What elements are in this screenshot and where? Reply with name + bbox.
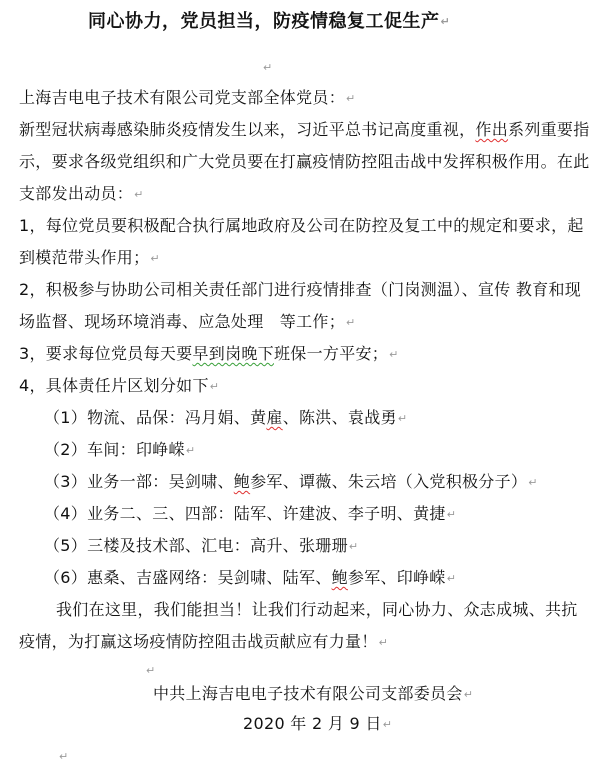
item-2-line-2: 场监督、现场环境消毒、应急处理 等工作；↵ xyxy=(19,312,356,333)
zone-text: （5）三楼及技术部、汇电：高升、张珊珊 xyxy=(44,536,348,555)
signature-org-text: 中共上海吉电电子技术有限公司支部委员会 xyxy=(153,684,463,703)
paragraph-mark-icon: ↵ xyxy=(441,15,451,28)
grammar-flagged-phrase[interactable]: 早到岗晚下 xyxy=(192,344,274,363)
paragraph-mark-icon: ↵ xyxy=(263,61,273,74)
item-text: 3，要求每位党员每天要 xyxy=(19,344,192,363)
paragraph-mark-icon: ↵ xyxy=(59,750,69,760)
item-text: 1，每位党员要积极配合执行属地政府及公司在防控及复工中的规定和要求，起 xyxy=(19,216,584,235)
paragraph-mark-icon: ↵ xyxy=(383,718,393,731)
closing-text: 疫情，为打赢这场疫情防控阻击战贡献应有力量！ xyxy=(19,632,378,651)
item-text: 班保一方平安； xyxy=(274,344,388,363)
paragraph-mark-icon: ↵ xyxy=(346,92,356,105)
empty-paragraph: ↵ xyxy=(262,57,273,78)
zone-text: （2）车间：印峥嵘 xyxy=(44,440,185,459)
signature-date: 2020 年 2 月 9 日↵ xyxy=(243,714,392,735)
spelling-flagged-word[interactable]: 鲍 xyxy=(332,568,348,587)
intro-line-2: 示，要求各级党组织和广大党员要在打赢疫情防控阻击战中发挥积极作用。在此 xyxy=(19,152,590,172)
paragraph-mark-icon: ↵ xyxy=(464,688,474,701)
zone-6: （6）惠桑、吉盛网络：吴剑啸、陆军、鲍参军、印峥嵘↵ xyxy=(44,568,456,589)
paragraph-mark-icon: ↵ xyxy=(146,664,156,677)
zone-text: 、陈洪、袁战勇 xyxy=(283,408,397,427)
paragraph-mark-icon: ↵ xyxy=(150,252,160,265)
zone-text: （1）物流、品保：冯月娟、黄 xyxy=(44,408,266,427)
item-text: 4，具体责任片区划分如下 xyxy=(19,376,209,395)
zone-4: （4）业务二、三、四部：陆军、许建波、李子明、黄捷↵ xyxy=(44,504,456,525)
item-4: 4，具体责任片区划分如下↵ xyxy=(19,376,219,397)
zone-text: 参军、谭薇、朱云培（入党积极分子） xyxy=(250,472,527,491)
intro-line-3: 支部发出动员：↵ xyxy=(19,184,144,205)
closing-text: 我们在这里，我们能担当！让我们行动起来，同心协力、众志成城、共抗 xyxy=(56,600,578,619)
intro-text: 系列重要指 xyxy=(508,120,590,139)
item-text: 到模范带头作用； xyxy=(19,248,149,267)
item-3: 3，要求每位党员每天要早到岗晚下班保一方平安；↵ xyxy=(19,344,399,365)
spelling-flagged-word[interactable]: 鲍 xyxy=(234,472,250,491)
item-2-line-1: 2，积极参与协助公司相关责任部门进行疫情排查（门岗测温）、宣传 教育和现 xyxy=(19,280,581,300)
spelling-flagged-word[interactable]: 雇 xyxy=(266,408,282,427)
zone-text: （6）惠桑、吉盛网络：吴剑啸、陆军、 xyxy=(44,568,332,587)
zone-1: （1）物流、品保：冯月娟、黄雇、陈洪、袁战勇↵ xyxy=(44,408,407,429)
intro-text: 支部发出动员： xyxy=(19,184,133,203)
item-1-line-1: 1，每位党员要积极配合执行属地政府及公司在防控及复工中的规定和要求，起 xyxy=(19,216,584,236)
salutation-text: 上海吉电电子技术有限公司党支部全体党员： xyxy=(19,88,345,107)
salutation: 上海吉电电子技术有限公司党支部全体党员：↵ xyxy=(19,88,356,109)
document-title: 同心协力，党员担当，防疫情稳复工促生产↵ xyxy=(88,12,450,32)
paragraph-mark-icon: ↵ xyxy=(398,412,408,425)
intro-text: 示，要求各级党组织和广大党员要在打赢疫情防控阻击战中发挥积极作用。在此 xyxy=(19,152,590,171)
paragraph-mark-icon: ↵ xyxy=(447,572,457,585)
paragraph-mark-icon: ↵ xyxy=(447,508,457,521)
zone-text: 参军、印峥嵘 xyxy=(348,568,446,587)
closing-line-2: 疫情，为打赢这场疫情防控阻击战贡献应有力量！↵ xyxy=(19,632,388,653)
title-text: 同心协力，党员担当，防疫情稳复工促生产 xyxy=(88,11,440,32)
zone-text: （3）业务一部：吴剑啸、 xyxy=(44,472,234,491)
signature-date-text: 2020 年 2 月 9 日 xyxy=(243,714,382,733)
paragraph-mark-icon: ↵ xyxy=(349,540,359,553)
empty-paragraph: ↵ xyxy=(58,746,69,760)
empty-paragraph: ↵ xyxy=(145,660,156,681)
zone-5: （5）三楼及技术部、汇电：高升、张珊珊↵ xyxy=(44,536,358,557)
item-1-line-2: 到模范带头作用；↵ xyxy=(19,248,160,269)
paragraph-mark-icon: ↵ xyxy=(528,476,538,489)
zone-3: （3）业务一部：吴剑啸、鲍参军、谭薇、朱云培（入党积极分子）↵ xyxy=(44,472,538,493)
paragraph-mark-icon: ↵ xyxy=(346,316,356,329)
spelling-flagged-word[interactable]: 作出 xyxy=(475,120,508,139)
paragraph-mark-icon: ↵ xyxy=(379,636,389,649)
intro-line-1: 新型冠状病毒感染肺炎疫情发生以来，习近平总书记高度重视，作出系列重要指 xyxy=(19,120,590,140)
zone-text: （4）业务二、三、四部：陆军、许建波、李子明、黄捷 xyxy=(44,504,446,523)
intro-text: 新型冠状病毒感染肺炎疫情发生以来，习近平总书记高度重视， xyxy=(19,120,475,139)
paragraph-mark-icon: ↵ xyxy=(186,444,196,457)
paragraph-mark-icon: ↵ xyxy=(210,380,220,393)
signature-org: 中共上海吉电电子技术有限公司支部委员会↵ xyxy=(153,684,473,705)
item-text: 2，积极参与协助公司相关责任部门进行疫情排查（门岗测温）、宣传 教育和现 xyxy=(19,280,581,299)
zone-2: （2）车间：印峥嵘↵ xyxy=(44,440,195,461)
paragraph-mark-icon: ↵ xyxy=(134,188,144,201)
paragraph-mark-icon: ↵ xyxy=(389,348,399,361)
item-text: 场监督、现场环境消毒、应急处理 等工作； xyxy=(19,312,345,331)
closing-line-1: 我们在这里，我们能担当！让我们行动起来，同心协力、众志成城、共抗 xyxy=(56,600,578,620)
